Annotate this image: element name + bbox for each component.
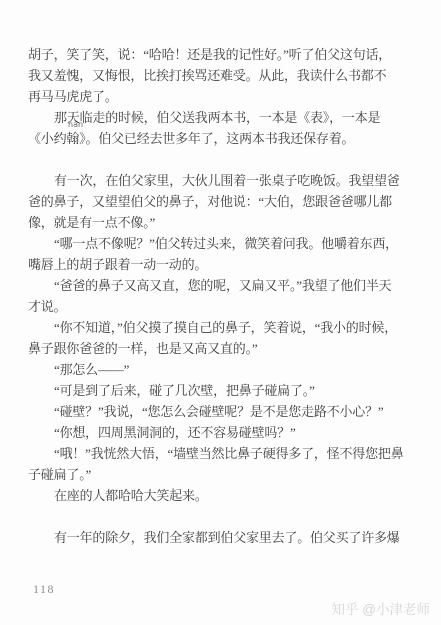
text-line: 《小约翰》。伯父已经去世多年了，这两本书我还保存着。hàn: [28, 128, 428, 149]
text-line: “可是到了后来，碰了几次壁，把鼻子碰扁了。”: [28, 380, 428, 401]
text-line: 我又羞愧，又悔恨，比挨打挨骂还难受。从此，我读什么书都不: [28, 65, 428, 86]
text-line: 子碰扁了。”: [28, 464, 428, 485]
text-line: 像，就是有一点不像。”: [28, 212, 428, 233]
text-line: 胡子，笑了笑，说：“哈哈！还是我的记性好。”听了伯父这句话，: [28, 44, 428, 65]
pinyin-annotation: hàn: [68, 121, 83, 129]
text-block: 胡子，笑了笑，说：“哈哈！还是我的记性好。”听了伯父这句话，我又羞愧，又悔恨，比…: [28, 44, 428, 548]
text-line: 嘴唇上的胡子跟着一动一动的。: [28, 254, 428, 275]
text-line: 才说。: [28, 296, 428, 317]
page-number: 118: [33, 582, 55, 597]
text-line: 再马马虎虎了。: [28, 86, 428, 107]
text-line: 在座的人都哈哈大笑起来。: [28, 485, 428, 506]
text-line: “你不知道，”伯父摸了摸自己的鼻子，笑着说，“我小的时候，: [28, 317, 428, 338]
text-line: 爸的鼻子，又望望伯父的鼻子，对他说：“大伯，您跟爸爸哪儿都: [28, 191, 428, 212]
text-line: “哪一点不像呢？”伯父转过头来，微笑着问我。他嚼着东西，: [28, 233, 428, 254]
text-line: “爸爸的鼻子又高又直，您的呢，又扁又平。”我望了他们半天: [28, 275, 428, 296]
book-page: 胡子，笑了笑，说：“哈哈！还是我的记性好。”听了伯父这句话，我又羞愧，又悔恨，比…: [0, 0, 441, 625]
watermark: 知乎 @小津老师: [332, 598, 430, 618]
text-line: “哦！”我恍然大悟，“墙壁当然比鼻子硬得多了，怪不得您把鼻: [28, 443, 428, 464]
text-line: “你想，四周黑洞洞的，还不容易碰壁吗？”: [28, 422, 428, 443]
text-line: “那怎么——”: [28, 359, 428, 380]
text-line: 有一年的除夕，我们全家都到伯父家里去了。伯父买了许多爆: [28, 527, 428, 548]
text-line: 那天临走的时候，伯父送我两本书，一本是《表》，一本是: [28, 107, 428, 128]
text-line: 鼻子跟你爸爸的一样，也是又高又直的。”: [28, 338, 428, 359]
text-line: 有一次，在伯父家里，大伙儿围着一张桌子吃晚饭。我望望爸: [28, 170, 428, 191]
text-line: “碰壁？”我说，“您怎么会碰壁呢？是不是您走路不小心？”: [28, 401, 428, 422]
